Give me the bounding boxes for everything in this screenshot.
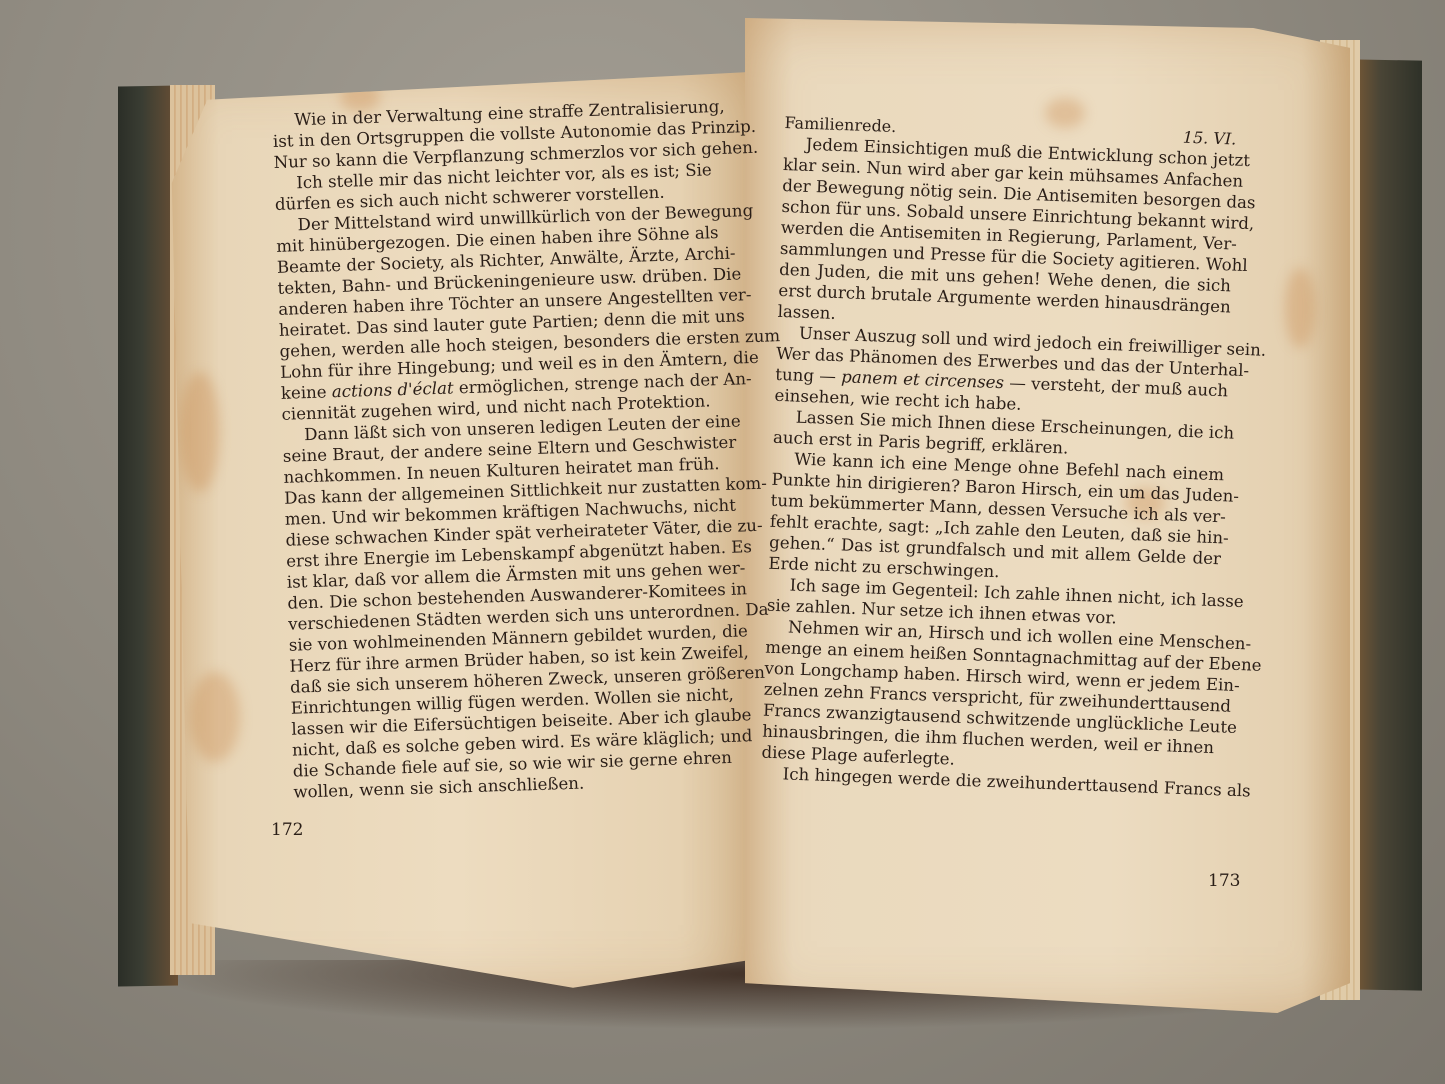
left-page-text: Wie in der Verwaltung eine straffe Zentr… bbox=[272, 96, 726, 802]
foxing-stain bbox=[190, 672, 240, 762]
left-page-number: 172 bbox=[271, 820, 303, 840]
foxing-stain bbox=[1285, 268, 1315, 348]
right-page-number: 173 bbox=[1208, 871, 1240, 891]
foxing-stain bbox=[180, 372, 220, 492]
book-cover-left bbox=[118, 85, 178, 986]
text-fragment: tung — bbox=[775, 365, 841, 386]
running-head-date: 15. VI. bbox=[1182, 127, 1236, 150]
right-page-text: Familienrede. 15. VI. Jedem Einsichtigen… bbox=[760, 112, 1236, 800]
italic-phrase: actions d'éclat bbox=[332, 378, 454, 401]
book-cover-right bbox=[1352, 59, 1422, 990]
running-head-title: Familienrede. bbox=[784, 112, 896, 137]
text-fragment: keine bbox=[281, 382, 333, 403]
